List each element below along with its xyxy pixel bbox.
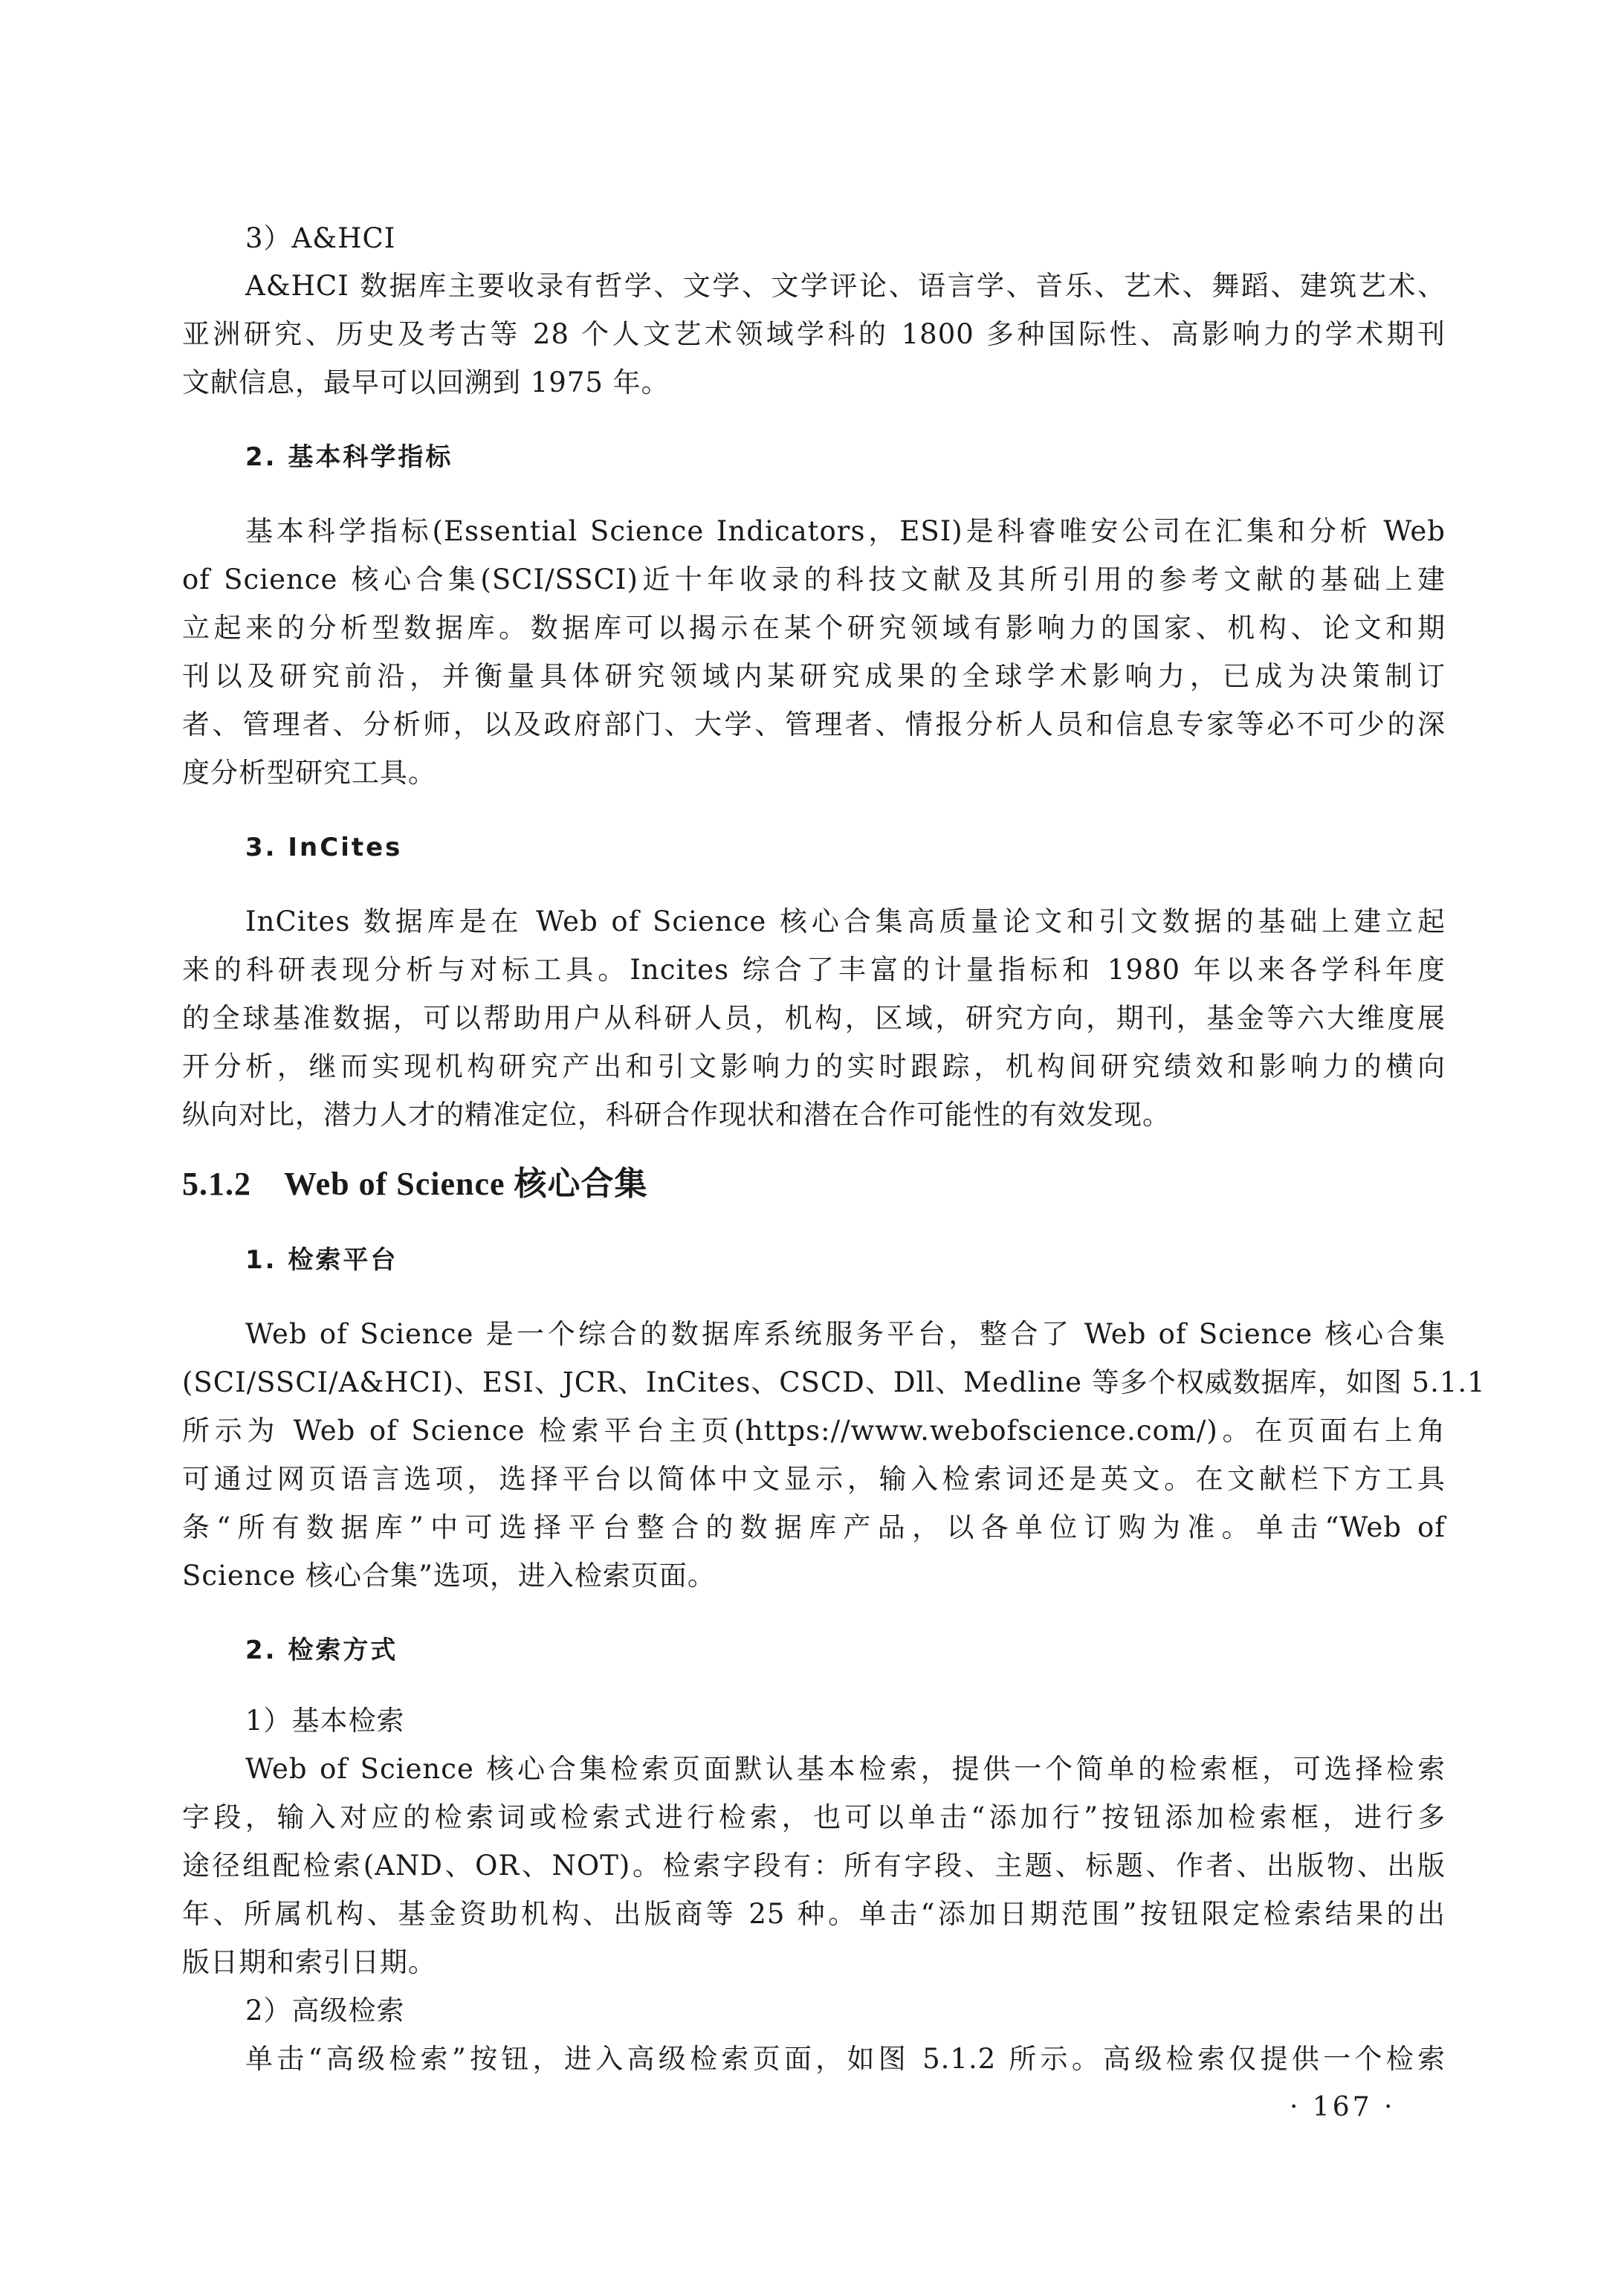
- paragraph-line: InCites 数据库是在 Web of Science 核心合集高质量论文和引…: [245, 903, 1446, 940]
- paragraph-line: 途径组配检索(AND、OR、NOT)。检索字段有：所有字段、主题、标题、作者、出…: [182, 1847, 1446, 1885]
- paragraph-line: 文献信息，最早可以回溯到 1975 年。: [182, 364, 1446, 401]
- paragraph-line: 单击“高级检索”按钮，进入高级检索页面，如图 5.1.2 所示。高级检索仅提供一…: [245, 2041, 1446, 2078]
- paragraph-line: 版日期和索引日期。: [182, 1944, 1446, 1981]
- subheading-basic-search: 1）基本检索: [245, 1702, 1446, 1740]
- paragraph-line: 的全球基准数据，可以帮助用户从科研人员，机构，区域，研究方向，期刊，基金等六大维…: [182, 1000, 1446, 1037]
- heading-incites: 3. InCites: [245, 829, 402, 866]
- paragraph-line: 开分析，继而实现机构研究产出和引文影响力的实时跟踪，机构间研究绩效和影响力的横向: [182, 1048, 1446, 1085]
- paragraph-line: 纵向对比，潜力人才的精准定位，科研合作现状和潜在合作可能性的有效发现。: [182, 1097, 1446, 1134]
- paragraph-line: 基本科学指标(Essential Science Indicators，ESI)…: [245, 513, 1446, 550]
- page-number: · 167 ·: [1290, 2089, 1396, 2126]
- paragraph-line: 度分析型研究工具。: [182, 755, 1446, 792]
- section-title: Web of Science 核心合集: [284, 1166, 648, 1202]
- paragraph-line: 来的科研表现分析与对标工具。Incites 综合了丰富的计量指标和 1980 年…: [182, 952, 1446, 989]
- paragraph-line: 刊以及研究前沿，并衡量具体研究领域内某研究成果的全球学术影响力，已成为决策制订: [182, 658, 1446, 695]
- heading-search-methods: 2. 检索方式: [245, 1632, 398, 1669]
- paragraph-line: 亚洲研究、历史及考古等 28 个人文艺术领域学科的 1800 多种国际性、高影响…: [182, 316, 1446, 353]
- subheading-ahci: 3）A&HCI: [245, 220, 1446, 257]
- section-number: 5.1.2: [182, 1166, 251, 1202]
- subheading-advanced-search: 2）高级检索: [245, 1992, 1446, 2029]
- paragraph-line: 所示为 Web of Science 检索平台主页(https://www.we…: [182, 1412, 1446, 1450]
- paragraph-line: Web of Science 是一个综合的数据库系统服务平台，整合了 Web o…: [245, 1316, 1446, 1353]
- paragraph-line: 立起来的分析型数据库。数据库可以揭示在某个研究领域有影响力的国家、机构、论文和期: [182, 610, 1446, 647]
- paragraph-line: A&HCI 数据库主要收录有哲学、文学、文学评论、语言学、音乐、艺术、舞蹈、建筑…: [245, 268, 1446, 305]
- paragraph-line: 年、所属机构、基金资助机构、出版商等 25 种。单击“添加日期范围”按钮限定检索…: [182, 1896, 1446, 1933]
- paragraph-line: Science 核心合集”选项，进入检索页面。: [182, 1557, 1446, 1595]
- paragraph-line: of Science 核心合集(SCI/SSCI)近十年收录的科技文献及其所引用…: [182, 561, 1446, 598]
- paragraph-line: (SCI/SSCI/A&HCI)、ESI、JCR、InCites、CSCD、Dl…: [182, 1364, 1446, 1401]
- section-heading-5-1-2: 5.1.2Web of Science 核心合集: [182, 1163, 648, 1205]
- paragraph-line: Web of Science 核心合集检索页面默认基本检索，提供一个简单的检索框…: [245, 1751, 1446, 1788]
- book-page: 3）A&HCI A&HCI 数据库主要收录有哲学、文学、文学评论、语言学、音乐、…: [0, 0, 1624, 2283]
- paragraph-line: 可通过网页语言选项，选择平台以简体中文显示，输入检索词还是英文。在文献栏下方工具: [182, 1461, 1446, 1498]
- heading-esi: 2. 基本科学指标: [245, 439, 453, 476]
- paragraph-line: 条“所有数据库”中可选择平台整合的数据库产品，以各单位订购为准。单击“Web o…: [182, 1509, 1446, 1546]
- paragraph-line: 字段，输入对应的检索词或检索式进行检索，也可以单击“添加行”按钮添加检索框，进行…: [182, 1799, 1446, 1836]
- paragraph-line: 者、管理者、分析师，以及政府部门、大学、管理者、情报分析人员和信息专家等必不可少…: [182, 706, 1446, 743]
- heading-search-platform: 1. 检索平台: [245, 1241, 398, 1279]
